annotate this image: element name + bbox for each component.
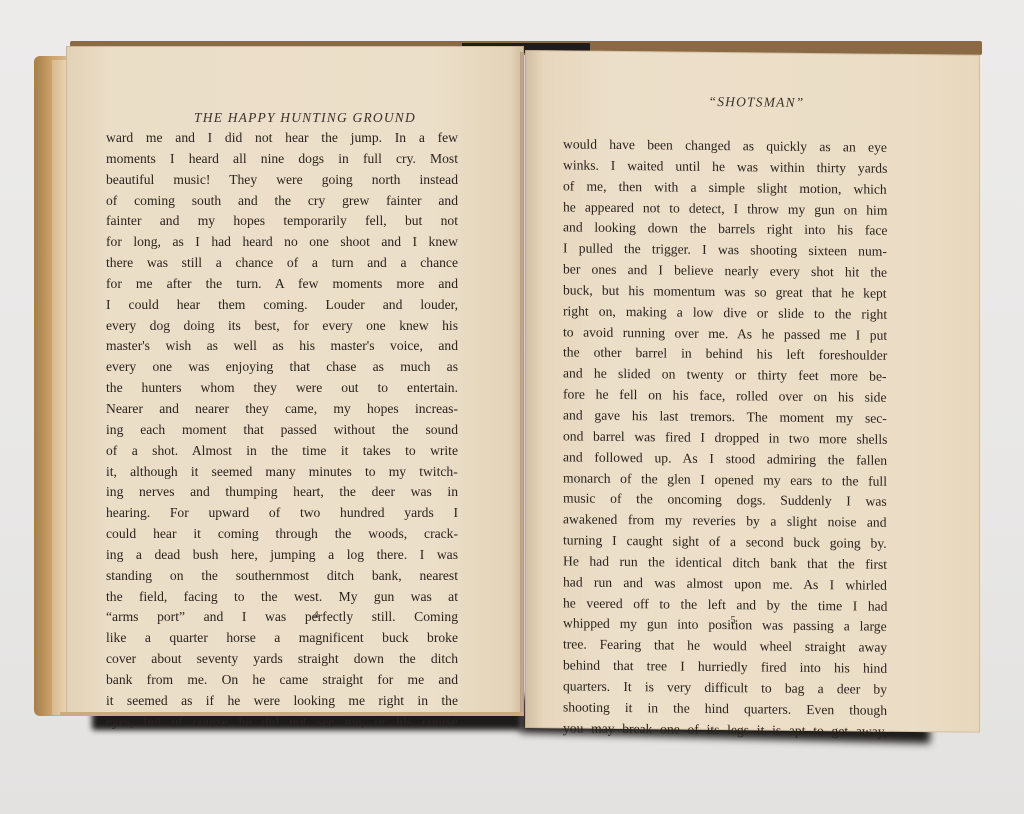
right-page-body: would have been changed as quickly as an… <box>563 134 887 742</box>
text-line: could hear it coming through the woods, … <box>106 524 458 545</box>
text-line: master's wish as well as his master's vo… <box>106 336 458 357</box>
text-line: every one was enjoying that chase as muc… <box>106 357 458 378</box>
text-line: shooting it in the hind quarters. Even t… <box>563 697 887 721</box>
text-line: beautiful music! They were going north i… <box>106 170 458 191</box>
text-line: for long, as I had heard no one shoot an… <box>106 232 458 253</box>
text-line: and followed up. As I stood admiring the… <box>563 447 887 471</box>
text-line: ing a dead bush here, jumping a log ther… <box>106 545 458 566</box>
text-line: for me after the turn. A few moments mor… <box>106 274 458 295</box>
text-line: you may break one of its legs it is apt … <box>563 718 887 742</box>
text-line: buck, but his momentum was so great that… <box>563 280 887 304</box>
text-line: ward me and I did not hear the jump. In … <box>106 128 458 149</box>
text-line: Nearer and nearer they came, my hopes in… <box>106 399 458 420</box>
text-line: it, although it seemed many minutes to m… <box>106 462 458 483</box>
text-line: ing nerves and thumping heart, the deer … <box>106 482 458 503</box>
text-line: standing on the southernmost ditch bank,… <box>106 566 458 587</box>
text-line: right on, making a low dive or slide to … <box>563 301 887 325</box>
text-line: fainter and my hopes temporarily fell, b… <box>106 211 458 232</box>
text-line: “arms port” and I was perfectly still. C… <box>106 607 458 628</box>
text-line: of me, then with a simple slight motion,… <box>563 176 887 200</box>
text-line: there was still a chance of a turn and a… <box>106 253 458 274</box>
left-page-bottom-edge <box>60 712 524 716</box>
text-line: of a shot. Almost in the time it takes t… <box>106 441 458 462</box>
text-line: bank from me. On he came straight for me… <box>106 670 458 691</box>
text-line: like a quarter horse a magnificent buck … <box>106 628 458 649</box>
text-line: ing each moment that passed without the … <box>106 420 458 441</box>
text-line: the field, facing to the west. My gun wa… <box>106 587 458 608</box>
text-line: it seemed as if he were looking me right… <box>106 691 458 712</box>
left-page: THE HAPPY HUNTING GROUND ward me and I d… <box>66 46 524 716</box>
text-line: the hunters whom they were out to entert… <box>106 378 458 399</box>
text-line: ond barrel was fired I dropped in two mo… <box>563 426 887 450</box>
text-line: every dog doing its best, for every one … <box>106 316 458 337</box>
text-line: had run and was almost upon me. As I whi… <box>563 572 887 596</box>
text-line: winks. I waited until he was within thir… <box>563 155 887 179</box>
right-page-number: 5 <box>723 615 743 626</box>
text-line: He had run the identical ditch bank that… <box>563 551 887 575</box>
right-page: “SHOTSMAN” would have been changed as qu… <box>525 50 980 733</box>
right-running-head: “SHOTSMAN” <box>525 92 980 113</box>
text-line: I could hear them coming. Louder and lou… <box>106 295 458 316</box>
text-line: moments I heard all nine dogs in full cr… <box>106 149 458 170</box>
text-line: cover about seventy yards straight down … <box>106 649 458 670</box>
text-line: hearing. For upward of two hundred yards… <box>106 503 458 524</box>
text-line: of coming south and the cry grew fainter… <box>106 191 458 212</box>
left-running-head: THE HAPPY HUNTING GROUND <box>66 110 524 126</box>
left-page-body: ward me and I did not hear the jump. In … <box>106 128 458 732</box>
left-page-number: 4 <box>306 610 326 621</box>
